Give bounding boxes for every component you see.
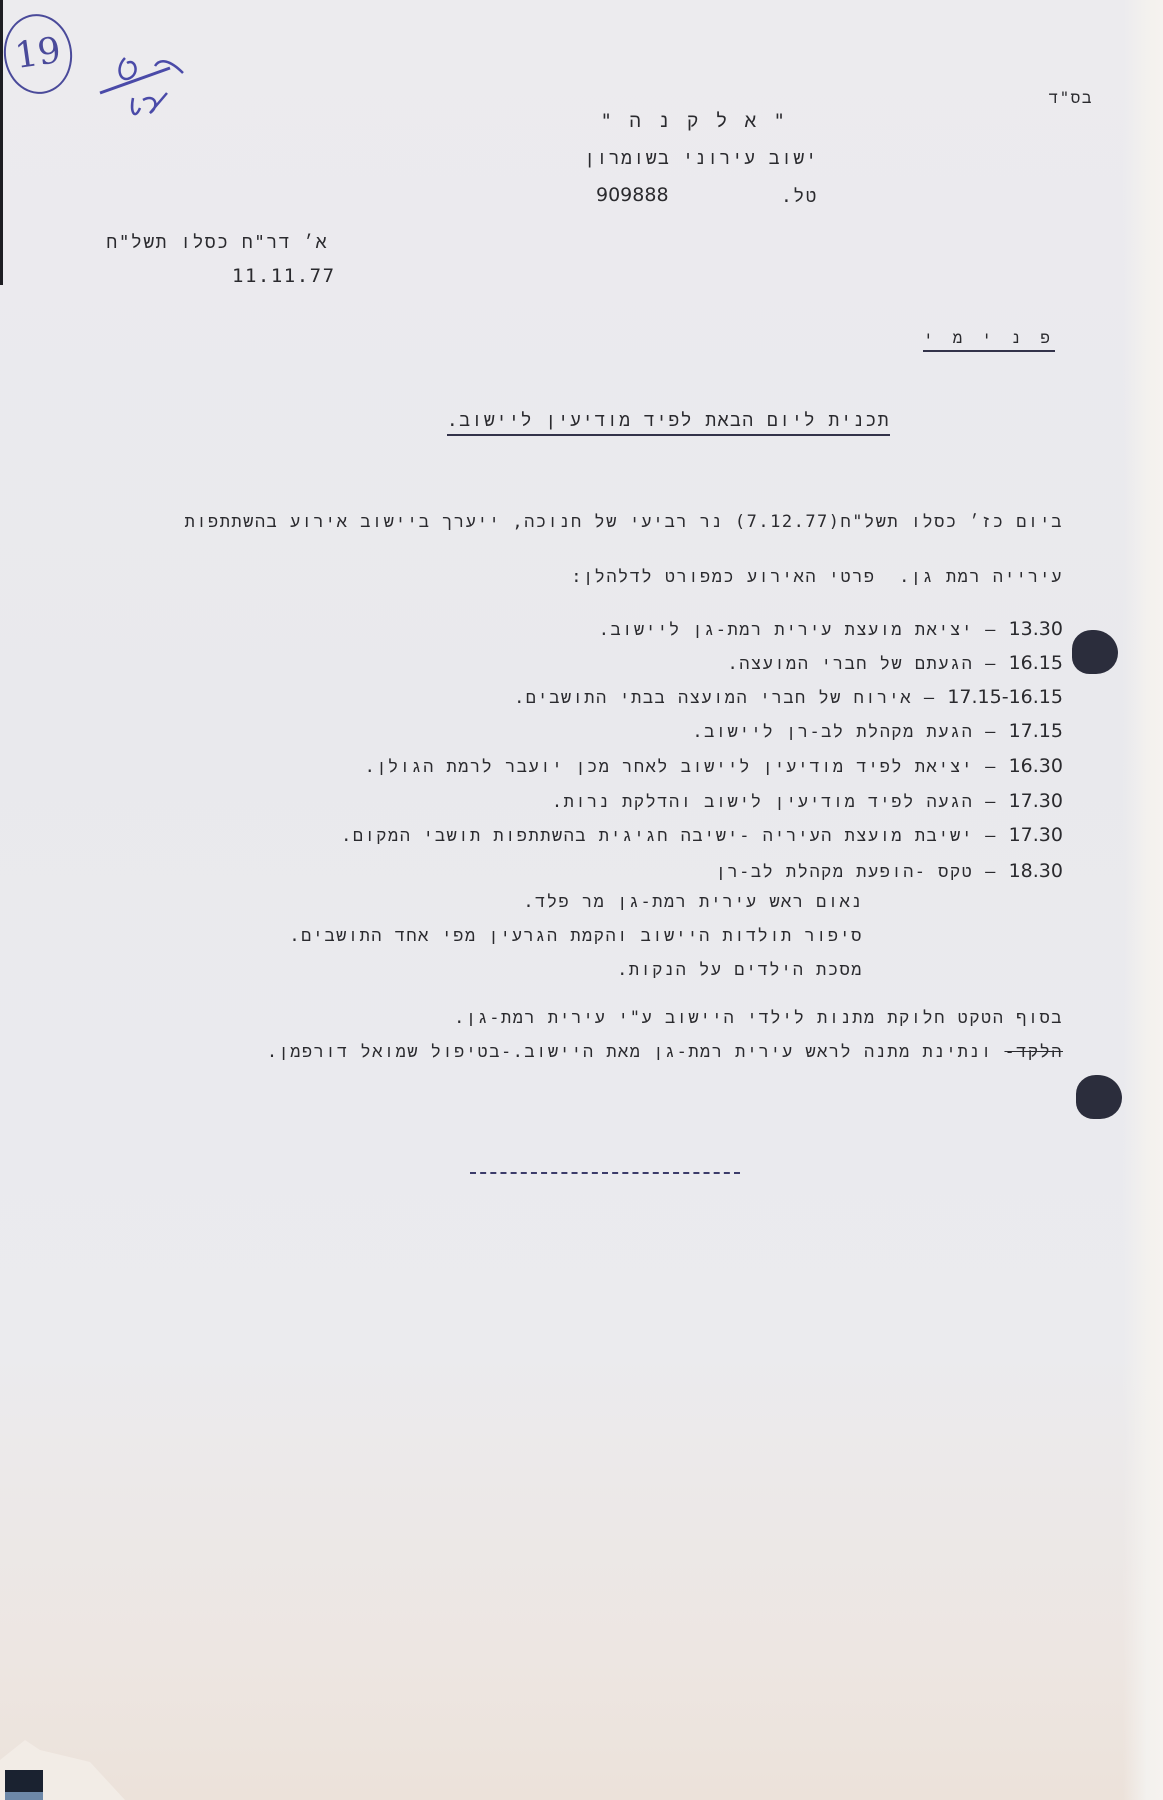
schedule-time: 16.30	[1009, 755, 1063, 777]
closing-line-2: הלקד- ונתינת מתנה לראש עירית רמת-גן מאת …	[267, 1042, 1063, 1063]
scan-edge	[0, 0, 3, 285]
organization-subtitle: ישוב עירוני בשומרון	[584, 148, 818, 170]
document-title: תכנית ליום הבאת לפיד מודיעין ליישוב.	[447, 410, 890, 436]
organization-name: " א ל ק נ ה "	[600, 110, 788, 133]
handwritten-initials-icon	[95, 38, 195, 118]
schedule-text: הגעת מקהלת לב-רן ליישוב.	[692, 722, 973, 742]
separator-line	[470, 1172, 740, 1174]
schedule-time: 17.15-16.15	[947, 686, 1063, 708]
schedule-text: הגעתם של חברי המועצה.	[728, 654, 974, 674]
blessing-header: בס"ד	[1049, 88, 1093, 108]
schedule-text: אירוח של חברי המועצה בבתי התושבים.	[514, 688, 912, 708]
schedule-time: 18.30	[1009, 860, 1063, 882]
schedule-time: 16.15	[1009, 652, 1063, 674]
schedule-item: 13.30 – יציאת מועצת עירית רמת-גן ליישוב.	[599, 618, 1063, 641]
schedule-dash: –	[973, 757, 1008, 777]
schedule-text: טקס -הופעת מקהלת לב-רן	[716, 862, 974, 882]
schedule-item: 17.30 – ישיבת מועצת העיריה -ישיבה חגיגית…	[341, 824, 1063, 847]
schedule-time: 17.30	[1009, 824, 1063, 846]
ceremony-item: מסכת הילדים על הנקות.	[617, 960, 863, 981]
punch-hole	[1072, 630, 1118, 674]
struck-word: הלקד-	[1004, 1042, 1063, 1062]
schedule-dash: –	[973, 654, 1008, 674]
ceremony-item: סיפור תולדות היישוב והקמת הגרעין מפי אחד…	[289, 926, 863, 947]
schedule-text: הגעה לפיד מודיעין לישוב והדלקת נרות.	[552, 792, 973, 812]
paper-edge	[1123, 0, 1163, 1800]
phone-label: טל.	[781, 186, 818, 208]
scanned-letter-page: 19 בס"ד " א ל ק נ ה " ישוב עירוני בשומרו…	[0, 0, 1163, 1800]
closing-line-1: בסוף הטקט חלוקת מתנות לילדי היישוב ע"י ע…	[454, 1008, 1063, 1029]
schedule-item: 18.30 – טקס -הופעת מקהלת לב-רן	[716, 860, 1063, 883]
torn-corner	[0, 1740, 160, 1800]
schedule-item: 17.15-16.15 – אירוח של חברי המועצה בבתי …	[514, 686, 1063, 709]
classification-internal: פ נ י מ י	[923, 328, 1055, 352]
gregorian-date: 11.11.77	[232, 265, 336, 287]
schedule-item: 16.30 – יציאת לפיד מודיעין ליישוב לאחר מ…	[365, 755, 1063, 778]
schedule-text: יציאת מועצת עירית רמת-גן ליישוב.	[599, 620, 974, 640]
schedule-item: 16.15 – הגעתם של חברי המועצה.	[728, 652, 1064, 675]
schedule-item: 17.15 – הגעת מקהלת לב-רן ליישוב.	[692, 720, 1063, 743]
schedule-text: ישיבת מועצת העיריה -ישיבה חגיגית בהשתתפו…	[341, 826, 973, 846]
punch-hole	[1076, 1075, 1122, 1119]
intro-line-2: עירייה רמת גן. פרטי האירוע כמפורט לדלהלן…	[571, 567, 1063, 588]
schedule-time: 17.30	[1009, 790, 1063, 812]
schedule-dash: –	[912, 688, 947, 708]
phone-number: 909888	[596, 184, 669, 206]
schedule-item: 17.30 – הגעה לפיד מודיעין לישוב והדלקת נ…	[552, 790, 1063, 813]
schedule-dash: –	[973, 722, 1008, 742]
ceremony-item: נאום ראש עירית רמת-גן מר פלד.	[523, 892, 863, 913]
intro-line-1: ביום כז׳ כסלו תשל"ח(7.12.77) נר רביעי של…	[185, 512, 1063, 533]
schedule-dash: –	[973, 792, 1008, 812]
schedule-time: 17.15	[1009, 720, 1063, 742]
circled-page-number: 19	[0, 10, 77, 99]
hebrew-date: א׳ דר"ח כסלו תשל"ח	[106, 232, 328, 254]
schedule-time: 13.30	[1009, 618, 1063, 640]
schedule-dash: –	[973, 826, 1008, 846]
schedule-dash: –	[973, 862, 1008, 882]
schedule-text: יציאת לפיד מודיעין ליישוב לאחר מכן יועבר…	[365, 757, 974, 777]
schedule-dash: –	[973, 620, 1008, 640]
closing-line-2-text: ונתינת מתנה לראש עירית רמת-גן מאת היישוב…	[267, 1042, 1005, 1062]
